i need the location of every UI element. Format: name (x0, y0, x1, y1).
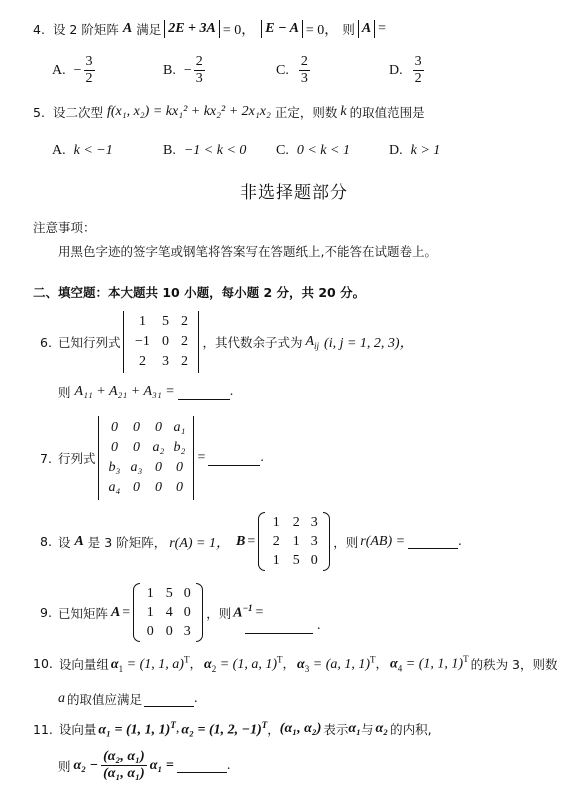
q10-vector-2: α2 = (1, a, 1)T， (204, 654, 295, 674)
question-6-line-2: 则 A₁₁ + A₂₁ + A₃₁ = . (58, 383, 233, 401)
det-bar (302, 20, 303, 38)
q8-number: 8. (40, 534, 52, 549)
det-bar (261, 20, 262, 38)
notice-label: 注意事项： (33, 218, 96, 236)
q4-option-d: D. 32 (389, 55, 426, 86)
q9-number: 9. (40, 605, 52, 620)
q10-vector-1: α1 = (1, 1, a)T， (111, 654, 202, 674)
q4-then: 则 (342, 20, 355, 38)
q5-option-b: B. −1 < k < 0 (163, 143, 246, 159)
q4-number: 4. (33, 22, 45, 37)
fraction: 23 (299, 55, 310, 86)
q6-sum-expr: A₁₁ + A₂₁ + A₃₁ = (75, 384, 175, 400)
q6-range: (i, j = 1, 2, 3)， (324, 332, 414, 352)
answer-blank[interactable] (178, 385, 230, 400)
question-11-line-2: 则 α₂ − (α₂, α₁)(α₁, α₁) α₁ = . (58, 750, 230, 781)
q5-var-k: k (340, 104, 346, 120)
question-7: 7. 行列式 000a₁ 00a₂b₂ b₃a₃00 a₄000 = . (40, 416, 264, 500)
q4-stem-b: 满足 (136, 20, 161, 38)
q4-option-b: B. − 23 (163, 55, 207, 86)
det-bar (219, 20, 220, 38)
notice-text: 用黑色字迹的签字笔或钢笔将答案写在答题纸上,不能答在试题卷上。 (58, 242, 437, 260)
question-9: 9. 已知矩阵 A = 150 140 003 ，则 A−1 = (40, 583, 263, 642)
fraction: 32 (84, 55, 95, 86)
q10-vector-4: α4 = (1, 1, 1)T (390, 654, 469, 673)
q6-stem-b: ，其代数余子式为 (202, 333, 302, 351)
inner-product-fraction: (α₂, α₁)(α₁, α₁) (101, 750, 147, 781)
question-10-line-2: a 的取值应满足 . (58, 690, 198, 708)
q4-tail: = (378, 21, 386, 37)
q6-number: 6. (40, 335, 52, 350)
q11-number: 11. (33, 722, 53, 737)
q6-determinant: 152 −102 232 (123, 311, 199, 373)
question-10: 10. 设向量组 α1 = (1, 1, a)T， α2 = (1, a, 1)… (33, 654, 558, 674)
part-heading: 二、填空题：本大题共 10 小题，每小题 2 分，共 20 分。 (33, 283, 365, 301)
q4-eq0: = 0， (223, 19, 255, 39)
section-title: 非选择题部分 (240, 178, 348, 203)
q10-number: 10. (33, 656, 53, 671)
q6-cofactor: Aij (305, 334, 319, 351)
q4-expr1: 2E + 3A (168, 21, 216, 37)
q4-stem-a: 设 2 阶矩阵 (53, 20, 119, 38)
det-bar (374, 20, 375, 38)
q10-vector-3: α3 = (a, 1, 1)T， (297, 654, 388, 674)
question-4: 4. 设 2 阶矩阵 A 满足 2E + 3A = 0， E − A = 0， … (33, 19, 386, 39)
question-6: 6. 已知行列式 152 −102 232 ，其代数余子式为 Aij (i, j… (40, 311, 414, 373)
det-bar (358, 20, 359, 38)
q5-formula: f(x₁, x₂) = kx₁² + kx₂² + 2x₁x₂ (107, 104, 271, 120)
q7-number: 7. (40, 451, 52, 466)
q4-expr3: A (362, 21, 371, 37)
q5-stem-c: 的取值范围是 (350, 103, 425, 121)
q4-var-a: A (123, 21, 132, 37)
q4-option-c: C. 23 (276, 55, 312, 86)
answer-blank[interactable] (144, 692, 194, 707)
q5-number: 5. (33, 105, 45, 120)
q4-eq0b: = 0， (306, 19, 338, 39)
question-11: 11. 设向量 α₁ = (1, 1, 1)T , α₂ = (1, 2, −1… (33, 720, 432, 739)
q5-option-a: A. k < −1 (52, 143, 113, 159)
answer-blank[interactable] (245, 619, 313, 634)
q6-stem-a: 已知行列式 (58, 333, 121, 351)
answer-blank[interactable] (408, 534, 458, 549)
q11-vector-2: α₂ = (1, 2, −1)T (181, 720, 267, 739)
q5-option-c: C. 0 < k < 1 (276, 143, 350, 159)
q5-stem-b: 正定，则数 (275, 103, 338, 121)
q5-stem-a: 设二次型 (53, 103, 103, 121)
question-8: 8. 设 A 是 3 阶矩阵， r(A) = 1， B = 123 213 15… (40, 512, 462, 571)
fraction: 32 (413, 55, 424, 86)
question-5: 5. 设二次型 f(x₁, x₂) = kx₁² + kx₂² + 2x₁x₂ … (33, 103, 425, 121)
q8-matrix: 123 213 150 (258, 512, 330, 571)
det-bar (164, 20, 165, 38)
q9-answer: . (245, 618, 321, 634)
q8-rank-ab: r(AB) = (360, 534, 405, 550)
q7-stem: 行列式 (58, 449, 96, 467)
q9-matrix: 150 140 003 (133, 583, 203, 642)
q4-option-a: A. − 32 (52, 55, 97, 86)
q8-rank: r(A) = 1， (169, 532, 230, 552)
fraction: 23 (194, 55, 205, 86)
answer-blank[interactable] (177, 758, 227, 773)
q5-option-d: D. k > 1 (389, 143, 440, 159)
answer-blank[interactable] (208, 451, 260, 466)
q7-determinant: 000a₁ 00a₂b₂ b₃a₃00 a₄000 (98, 416, 194, 500)
q4-expr2: E − A (265, 21, 299, 37)
q11-vector-1: α₁ = (1, 1, 1)T (98, 720, 175, 739)
